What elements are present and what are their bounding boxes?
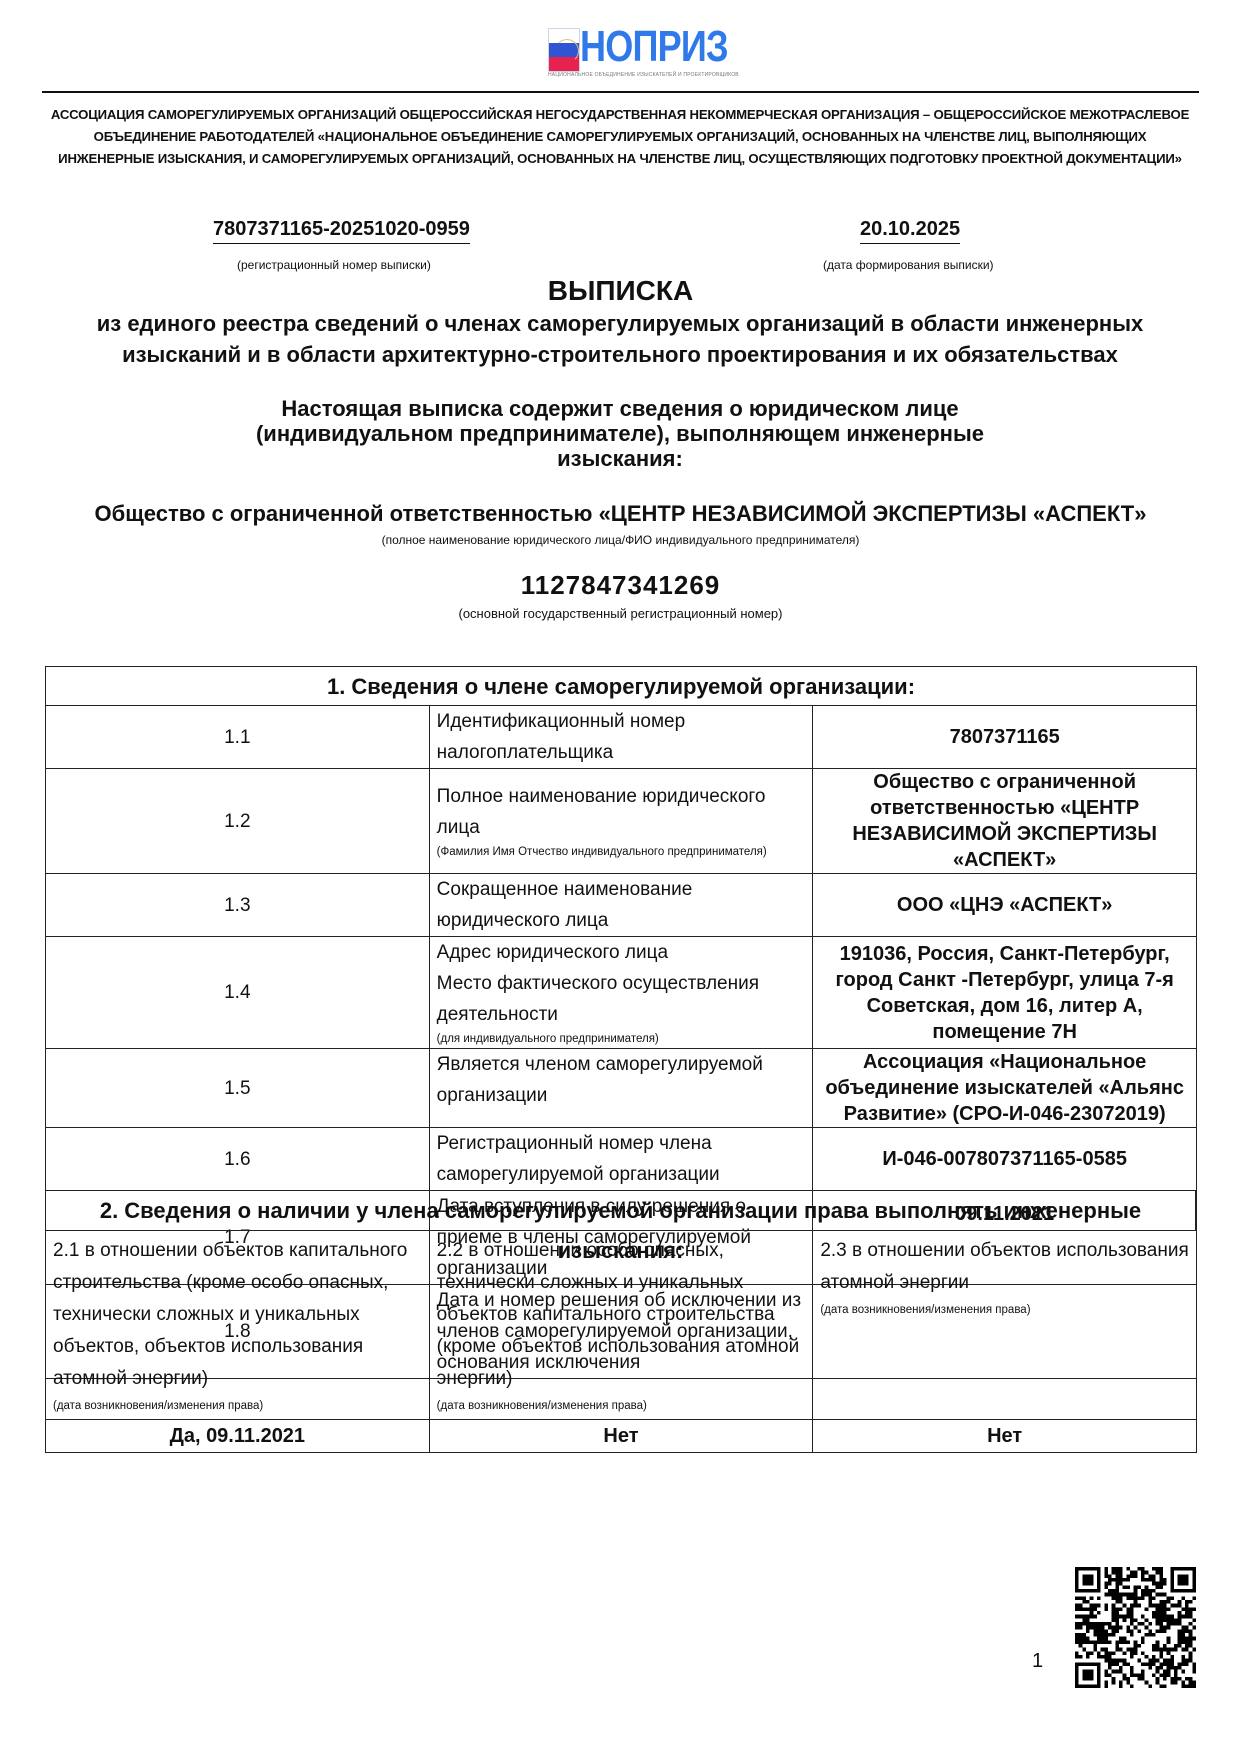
association-name: АССОЦИАЦИЯ САМОРЕГУЛИРУЕМЫХ ОРГАНИЗАЦИЙ …	[50, 104, 1190, 170]
row-note: (Фамилия Имя Отчество индивидуального пр…	[437, 843, 806, 861]
section1-header-row: 1. Сведения о члене саморегулируемой орг…	[46, 667, 1197, 706]
row-value: Ассоциация «Национальное объединение изы…	[813, 1049, 1197, 1128]
ogrn-caption: (основной государственный регистрационны…	[0, 606, 1241, 621]
table-row: 1.5 Является членом саморегулируемой орг…	[46, 1049, 1197, 1128]
row-number: 1.1	[46, 706, 430, 769]
row-value: И-046-007807371165-0585	[813, 1128, 1197, 1191]
document-subtitle: из единого реестра сведений о членах сам…	[60, 308, 1180, 370]
row-label-cell: Адрес юридического лица Место фактическо…	[429, 937, 813, 1049]
table-row: 1.2 Полное наименование юридического лиц…	[46, 769, 1197, 874]
extract-reg-number: 7807371165-20251020-0959	[213, 218, 470, 244]
header-divider	[42, 91, 1199, 93]
row-label: Полное наименование юридического лица	[437, 786, 766, 838]
row-label: Сокращенное наименование юридического ли…	[429, 874, 813, 937]
right-column-2-3: 2.3 в отношении объектов использования а…	[813, 1231, 1197, 1420]
row-number: 1.4	[46, 937, 430, 1049]
table-row: 1.4 Адрес юридического лица Место фактич…	[46, 937, 1197, 1049]
row-number: 1.2	[46, 769, 430, 874]
right-column-2-2: 2.2 в отношении особо опасных, техническ…	[429, 1231, 813, 1420]
logo-wordmark: НОПРИЗ	[580, 22, 728, 72]
right-value: Нет	[813, 1420, 1197, 1453]
row-label: Регистрационный номер члена саморегулиру…	[429, 1128, 813, 1191]
right-label: 2.1 в отношении объектов капитального ст…	[53, 1240, 407, 1389]
row-label: Идентификационный номер налогоплательщик…	[429, 706, 813, 769]
section2-title: 2. Сведения о наличии у члена саморегули…	[45, 1190, 1196, 1231]
rights-values-row: Да, 09.11.2021 Нет Нет	[46, 1420, 1197, 1453]
row-value: 191036, Россия, Санкт-Петербург, город С…	[813, 937, 1197, 1049]
row-value: 7807371165	[813, 706, 1197, 769]
qr-code-icon	[1075, 1567, 1196, 1688]
right-label: 2.2 в отношении особо опасных, техническ…	[437, 1240, 800, 1389]
row-label-cell: Полное наименование юридического лица (Ф…	[429, 769, 813, 874]
extract-page: НОПРИЗ НАЦИОНАЛЬНОЕ ОБЪЕДИНЕНИЕ ИЗЫСКАТЕ…	[0, 0, 1241, 1754]
row-label: Адрес юридического лица	[437, 937, 806, 968]
rights-labels-row: 2.1 в отношении объектов капитального ст…	[46, 1231, 1197, 1420]
right-note: (дата возникновения/изменения права)	[53, 1395, 422, 1417]
rights-table: 2.1 в отношении объектов капитального ст…	[45, 1230, 1197, 1453]
document-intro: Настоящая выписка содержит сведения о юр…	[250, 396, 990, 471]
extract-date-caption: (дата формирования выписки)	[823, 258, 994, 272]
table-row: 1.1 Идентификационный номер налогоплател…	[46, 706, 1197, 769]
row-note: (для индивидуального предпринимателя)	[437, 1030, 806, 1048]
row-number: 1.6	[46, 1128, 430, 1191]
right-label: 2.3 в отношении объектов использования а…	[820, 1240, 1188, 1293]
row-number: 1.3	[46, 874, 430, 937]
row-label-secondary: Место фактического осуществления деятель…	[437, 968, 806, 1030]
row-value: Общество с ограниченной ответственностью…	[813, 769, 1197, 874]
row-number: 1.5	[46, 1049, 430, 1128]
right-value: Да, 09.11.2021	[46, 1420, 430, 1453]
logo-subtitle: НАЦИОНАЛЬНОЕ ОБЪЕДИНЕНИЕ ИЗЫСКАТЕЛЕЙ И П…	[548, 72, 698, 78]
organization-name: Общество с ограниченной ответственностью…	[0, 501, 1241, 527]
row-value: ООО «ЦНЭ «АСПЕКТ»	[813, 874, 1197, 937]
ogrn-number: 1127847341269	[0, 570, 1241, 601]
document-title: ВЫПИСКА	[0, 275, 1241, 307]
table-row: 1.3 Сокращенное наименование юридическог…	[46, 874, 1197, 937]
page-number: 1	[1032, 1650, 1043, 1673]
extract-reg-number-caption: (регистрационный номер выписки)	[237, 258, 431, 272]
nopriz-logo: НОПРИЗ НАЦИОНАЛЬНОЕ ОБЪЕДИНЕНИЕ ИЗЫСКАТЕ…	[548, 26, 698, 82]
right-column-2-1: 2.1 в отношении объектов капитального ст…	[46, 1231, 430, 1420]
organization-name-caption: (полное наименование юридического лица/Ф…	[0, 533, 1241, 547]
section1-title: 1. Сведения о члене саморегулируемой орг…	[46, 667, 1197, 706]
table-row: 1.6 Регистрационный номер члена саморегу…	[46, 1128, 1197, 1191]
extract-date: 20.10.2025	[860, 218, 960, 244]
right-value: Нет	[429, 1420, 813, 1453]
row-label: Является членом саморегулируемой организ…	[429, 1049, 813, 1128]
right-note: (дата возникновения/изменения права)	[820, 1299, 1189, 1321]
right-note: (дата возникновения/изменения права)	[437, 1395, 806, 1417]
russian-flag-icon	[548, 28, 580, 72]
